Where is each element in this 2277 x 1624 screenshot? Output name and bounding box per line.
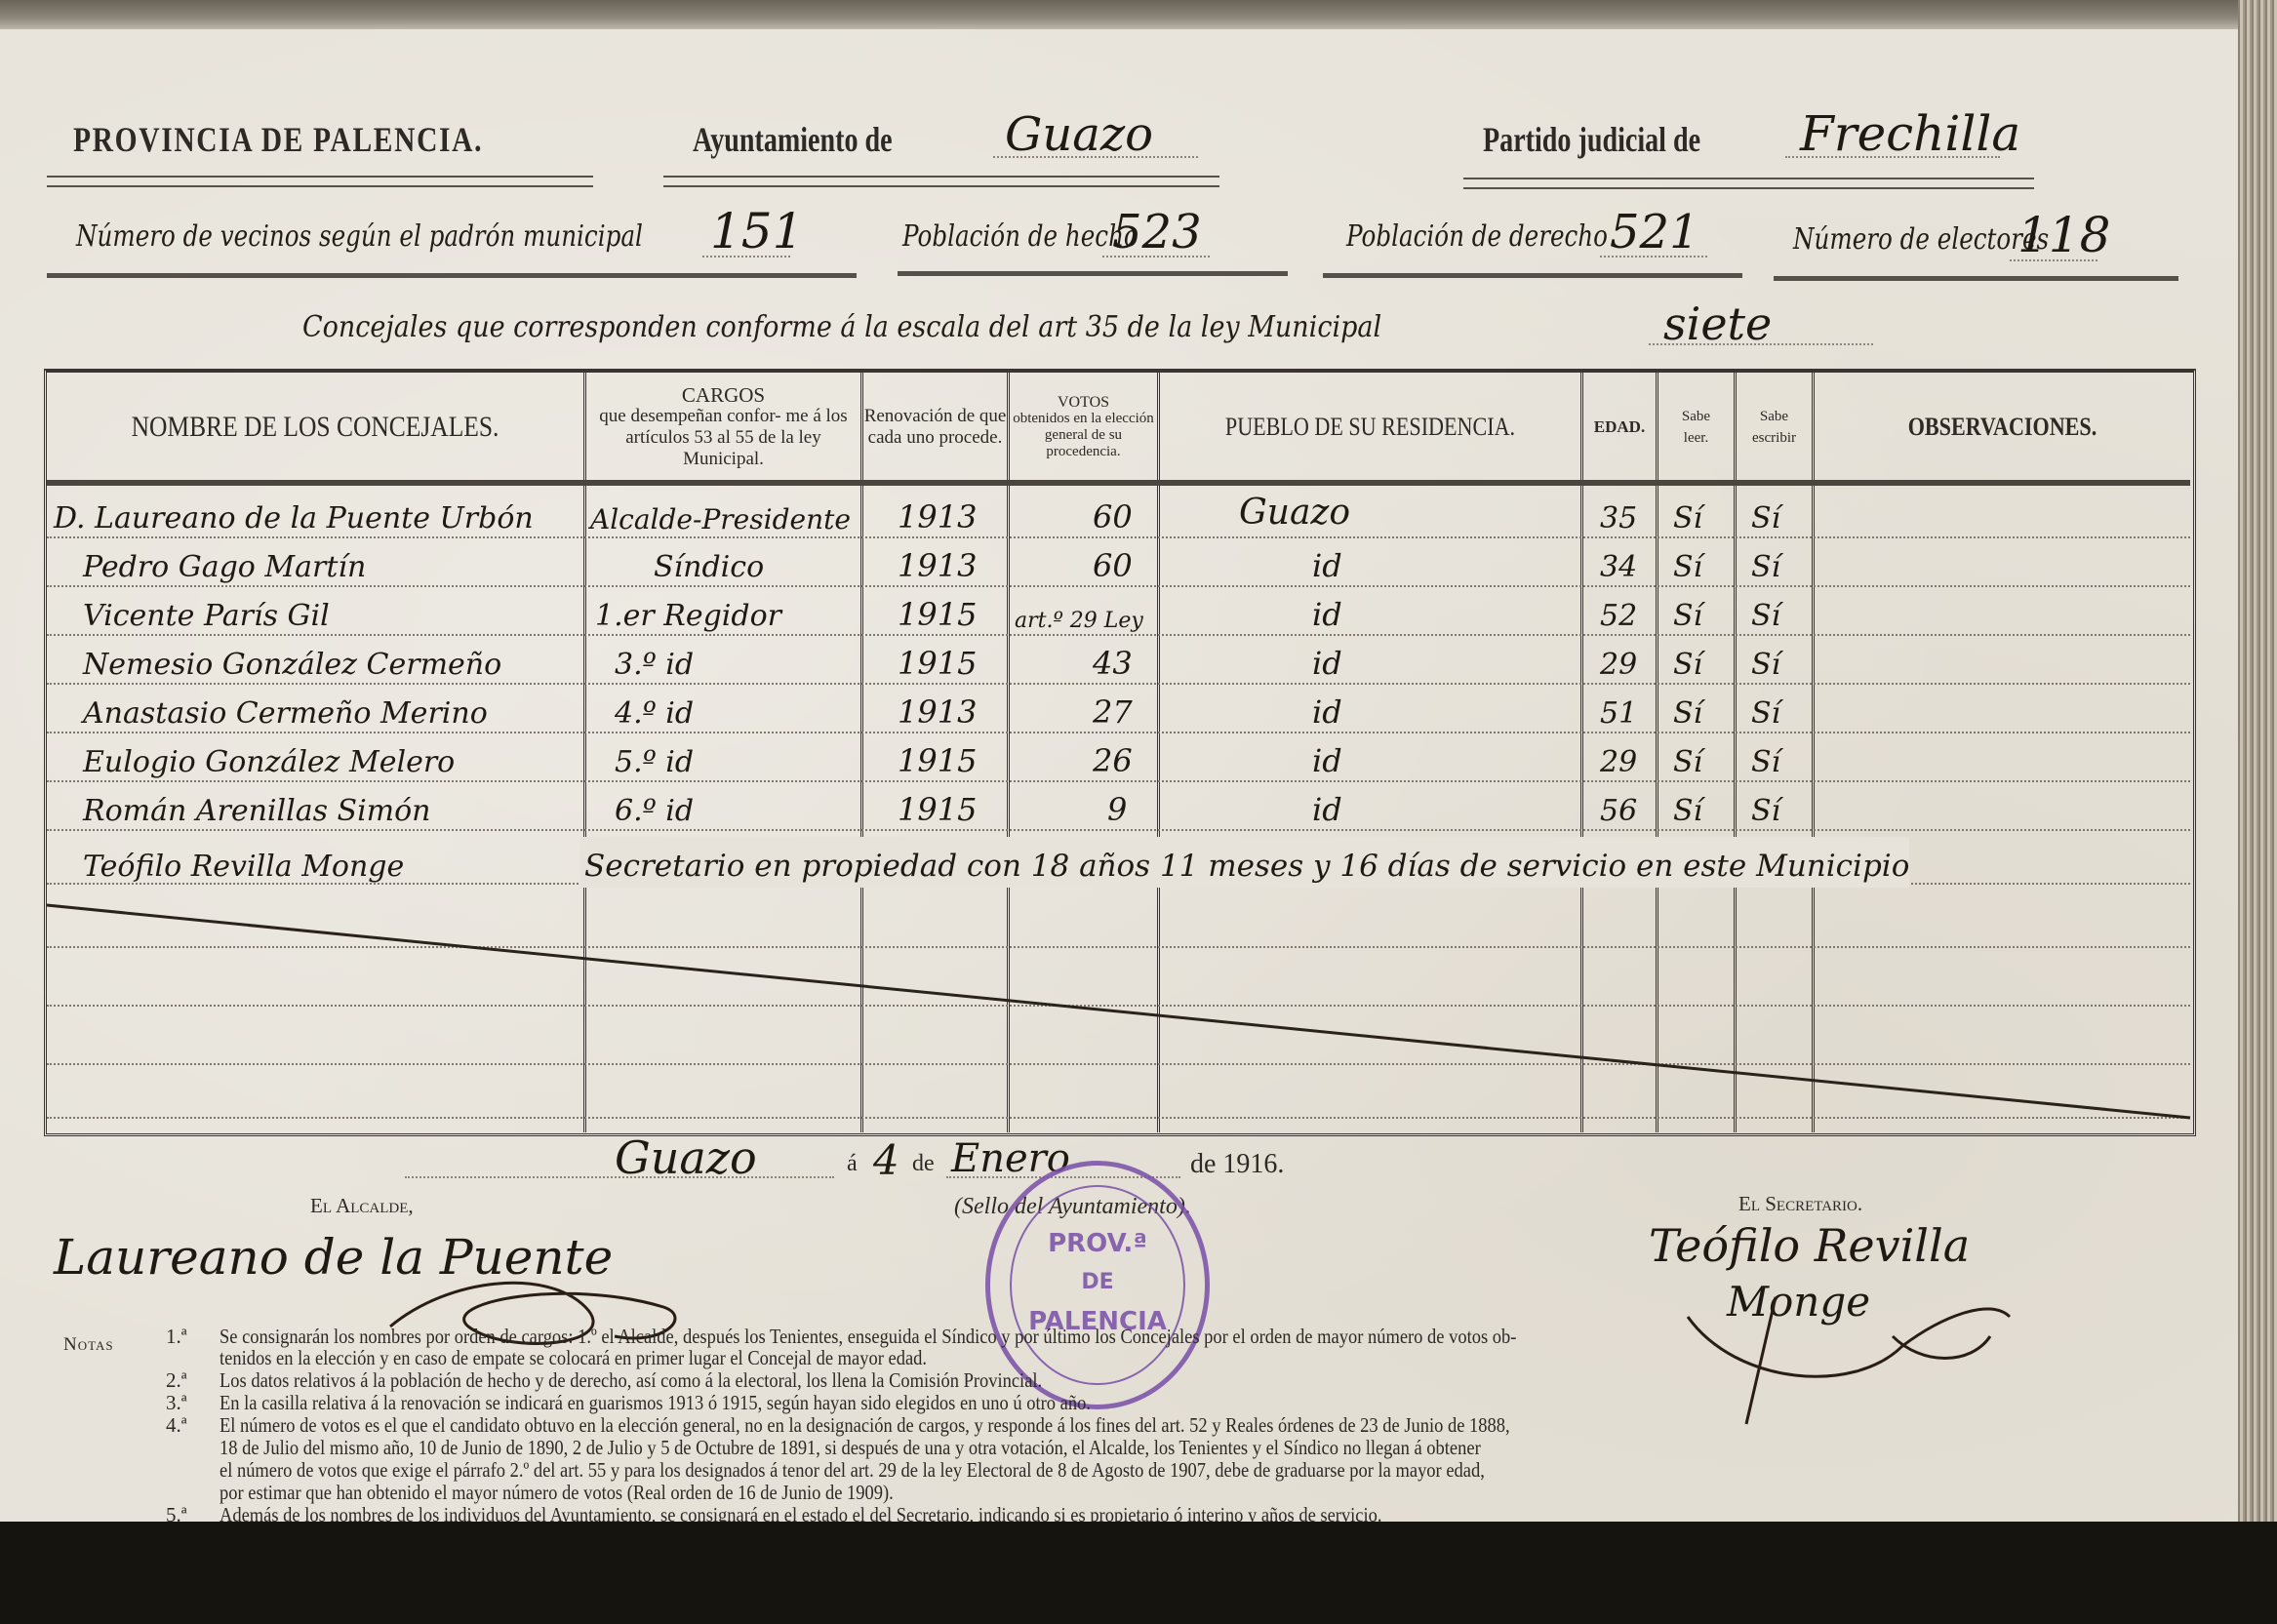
book-top-edge bbox=[0, 0, 2277, 29]
alcalde-label: El Alcalde, bbox=[310, 1194, 414, 1218]
date-a: á bbox=[847, 1151, 858, 1177]
note-text: 18 de Julio del mismo año, 10 de Junio d… bbox=[220, 1436, 1481, 1460]
date-year: de 1916. bbox=[1190, 1149, 1284, 1180]
date-place: Guazo bbox=[615, 1131, 757, 1184]
note-text: Los datos relativos á la población de he… bbox=[220, 1368, 1042, 1393]
note-number: 2.ª bbox=[166, 1368, 187, 1393]
note-text: En la casilla relativa á la renovación s… bbox=[220, 1391, 1091, 1415]
secretario-rubrica bbox=[1658, 1258, 2029, 1434]
notes-label: Notas bbox=[63, 1334, 114, 1356]
note-text: el número de votos que exige el párrafo … bbox=[220, 1458, 1485, 1483]
date-day: 4 bbox=[873, 1136, 899, 1184]
book-binding-edge bbox=[2238, 0, 2277, 1600]
stamp-text: PROV.ª DE PALENCIA bbox=[990, 1224, 1205, 1341]
scan-background bbox=[0, 1522, 2277, 1624]
document-page: PROVINCIA DE PALENCIA. Ayuntamiento de G… bbox=[0, 0, 2244, 1600]
note-number: 1.ª bbox=[166, 1325, 187, 1349]
note-text: por estimar que han obtenido el mayor nú… bbox=[220, 1481, 894, 1505]
secretario-label: El Secretario. bbox=[1738, 1192, 1862, 1216]
note-number: 3.ª bbox=[166, 1391, 187, 1415]
note-text: El número de votos es el que el candidat… bbox=[220, 1413, 1510, 1438]
date-de: de bbox=[912, 1151, 935, 1177]
cancel-line bbox=[0, 0, 2244, 1170]
note-number: 4.ª bbox=[166, 1413, 187, 1438]
note-text: tenidos en la elección y en caso de empa… bbox=[220, 1346, 927, 1370]
